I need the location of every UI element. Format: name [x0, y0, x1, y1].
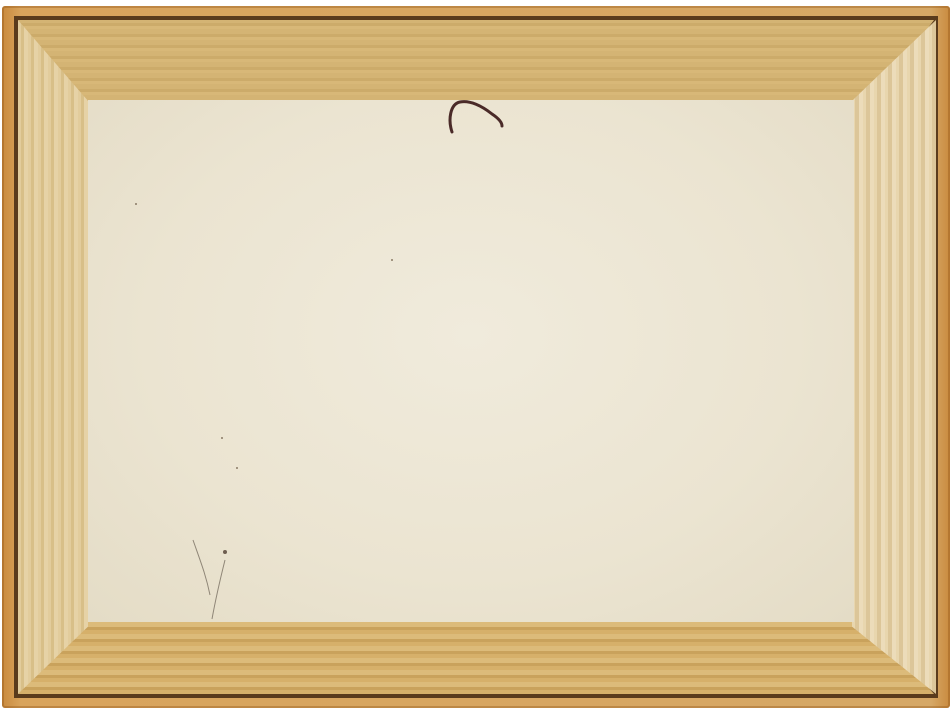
backing-speck — [135, 203, 137, 205]
backing-speck — [236, 467, 238, 469]
backing-scratch-mark — [190, 535, 235, 620]
frame-right-stile — [852, 20, 936, 694]
backing-speck — [221, 437, 223, 439]
frame-left-stile — [18, 20, 88, 694]
backing-speck — [391, 259, 393, 261]
hanger-wire-icon — [446, 92, 504, 134]
frame-bottom-rail — [18, 616, 934, 694]
photo-scene — [0, 0, 952, 714]
